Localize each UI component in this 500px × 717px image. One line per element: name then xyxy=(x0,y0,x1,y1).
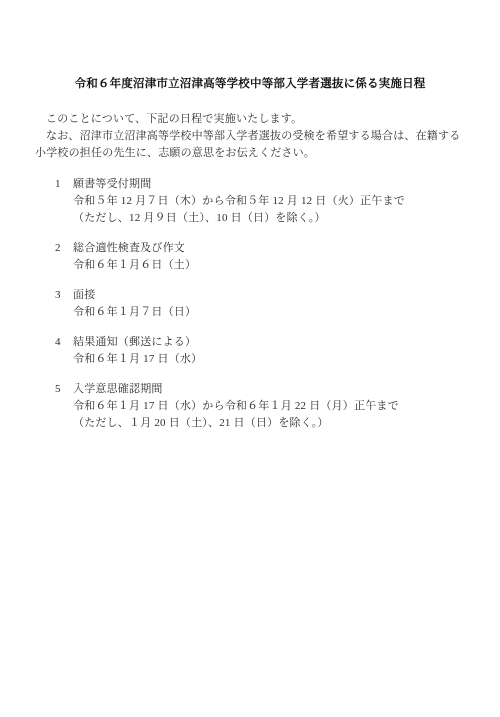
schedule-item-heading: 2総合適性検査及び作文 xyxy=(55,240,465,257)
schedule-item-detail: （ただし、12 月９日（土）、10 日（日）を除く。） xyxy=(73,210,465,227)
intro-line-3: 小学校の担任の先生に、志願の意思をお伝えください。 xyxy=(35,145,465,162)
schedule-item-aptitude-test: 2総合適性検査及び作文 令和６年１月６日（土） xyxy=(55,240,465,274)
schedule-item-number: 1 xyxy=(55,176,73,193)
schedule-item-heading: 1願書等受付期間 xyxy=(55,176,465,193)
schedule-item-number: 2 xyxy=(55,240,73,257)
schedule-item-detail: 令和６年１月 17 日（水）から令和６年１月 22 日（月）正午まで xyxy=(73,398,465,415)
document-title: 令和６年度沼津市立沼津高等学校中等部入学者選抜に係る実施日程 xyxy=(35,76,465,93)
schedule-item-detail: 令和５年 12 月７日（木）から令和５年 12 月 12 日（火）正午まで xyxy=(73,193,465,210)
schedule-item-title: 総合適性検査及び作文 xyxy=(73,242,185,254)
schedule-item-title: 結果通知（郵送による） xyxy=(73,336,196,348)
schedule-list: 1願書等受付期間 令和５年 12 月７日（木）から令和５年 12 月 12 日（… xyxy=(35,176,465,432)
schedule-item-result-notification: 4結果通知（郵送による） 令和６年１月 17 日（水） xyxy=(55,334,465,368)
schedule-item-title: 入学意思確認期間 xyxy=(73,383,163,395)
schedule-item-heading: 3面接 xyxy=(55,287,465,304)
schedule-item-application-period: 1願書等受付期間 令和５年 12 月７日（木）から令和５年 12 月 12 日（… xyxy=(55,176,465,227)
document-page: 令和６年度沼津市立沼津高等学校中等部入学者選抜に係る実施日程 このことについて、… xyxy=(0,0,500,717)
schedule-item-title: 面接 xyxy=(73,289,95,301)
schedule-item-detail: 令和６年１月６日（土） xyxy=(73,257,465,274)
schedule-item-number: 4 xyxy=(55,334,73,351)
schedule-item-title: 願書等受付期間 xyxy=(73,178,151,190)
intro-line-1: このことについて、下記の日程で実施いたします。 xyxy=(35,111,465,128)
schedule-item-number: 3 xyxy=(55,287,73,304)
schedule-item-enrollment-confirmation: 5入学意思確認期間 令和６年１月 17 日（水）から令和６年１月 22 日（月）… xyxy=(55,381,465,432)
schedule-item-detail: 令和６年１月７日（日） xyxy=(73,304,465,321)
schedule-item-detail: 令和６年１月 17 日（水） xyxy=(73,351,465,368)
schedule-item-interview: 3面接 令和６年１月７日（日） xyxy=(55,287,465,321)
schedule-item-number: 5 xyxy=(55,381,73,398)
schedule-item-heading: 4結果通知（郵送による） xyxy=(55,334,465,351)
intro-line-2: なお、沼津市立沼津高等学校中等部入学者選抜の受検を希望する場合は、在籍する xyxy=(35,128,465,145)
schedule-item-heading: 5入学意思確認期間 xyxy=(55,381,465,398)
intro-paragraph: このことについて、下記の日程で実施いたします。 なお、沼津市立沼津高等学校中等部… xyxy=(35,111,465,162)
schedule-item-detail: （ただし、１月 20 日（土）、21 日（日）を除く。） xyxy=(73,415,465,432)
